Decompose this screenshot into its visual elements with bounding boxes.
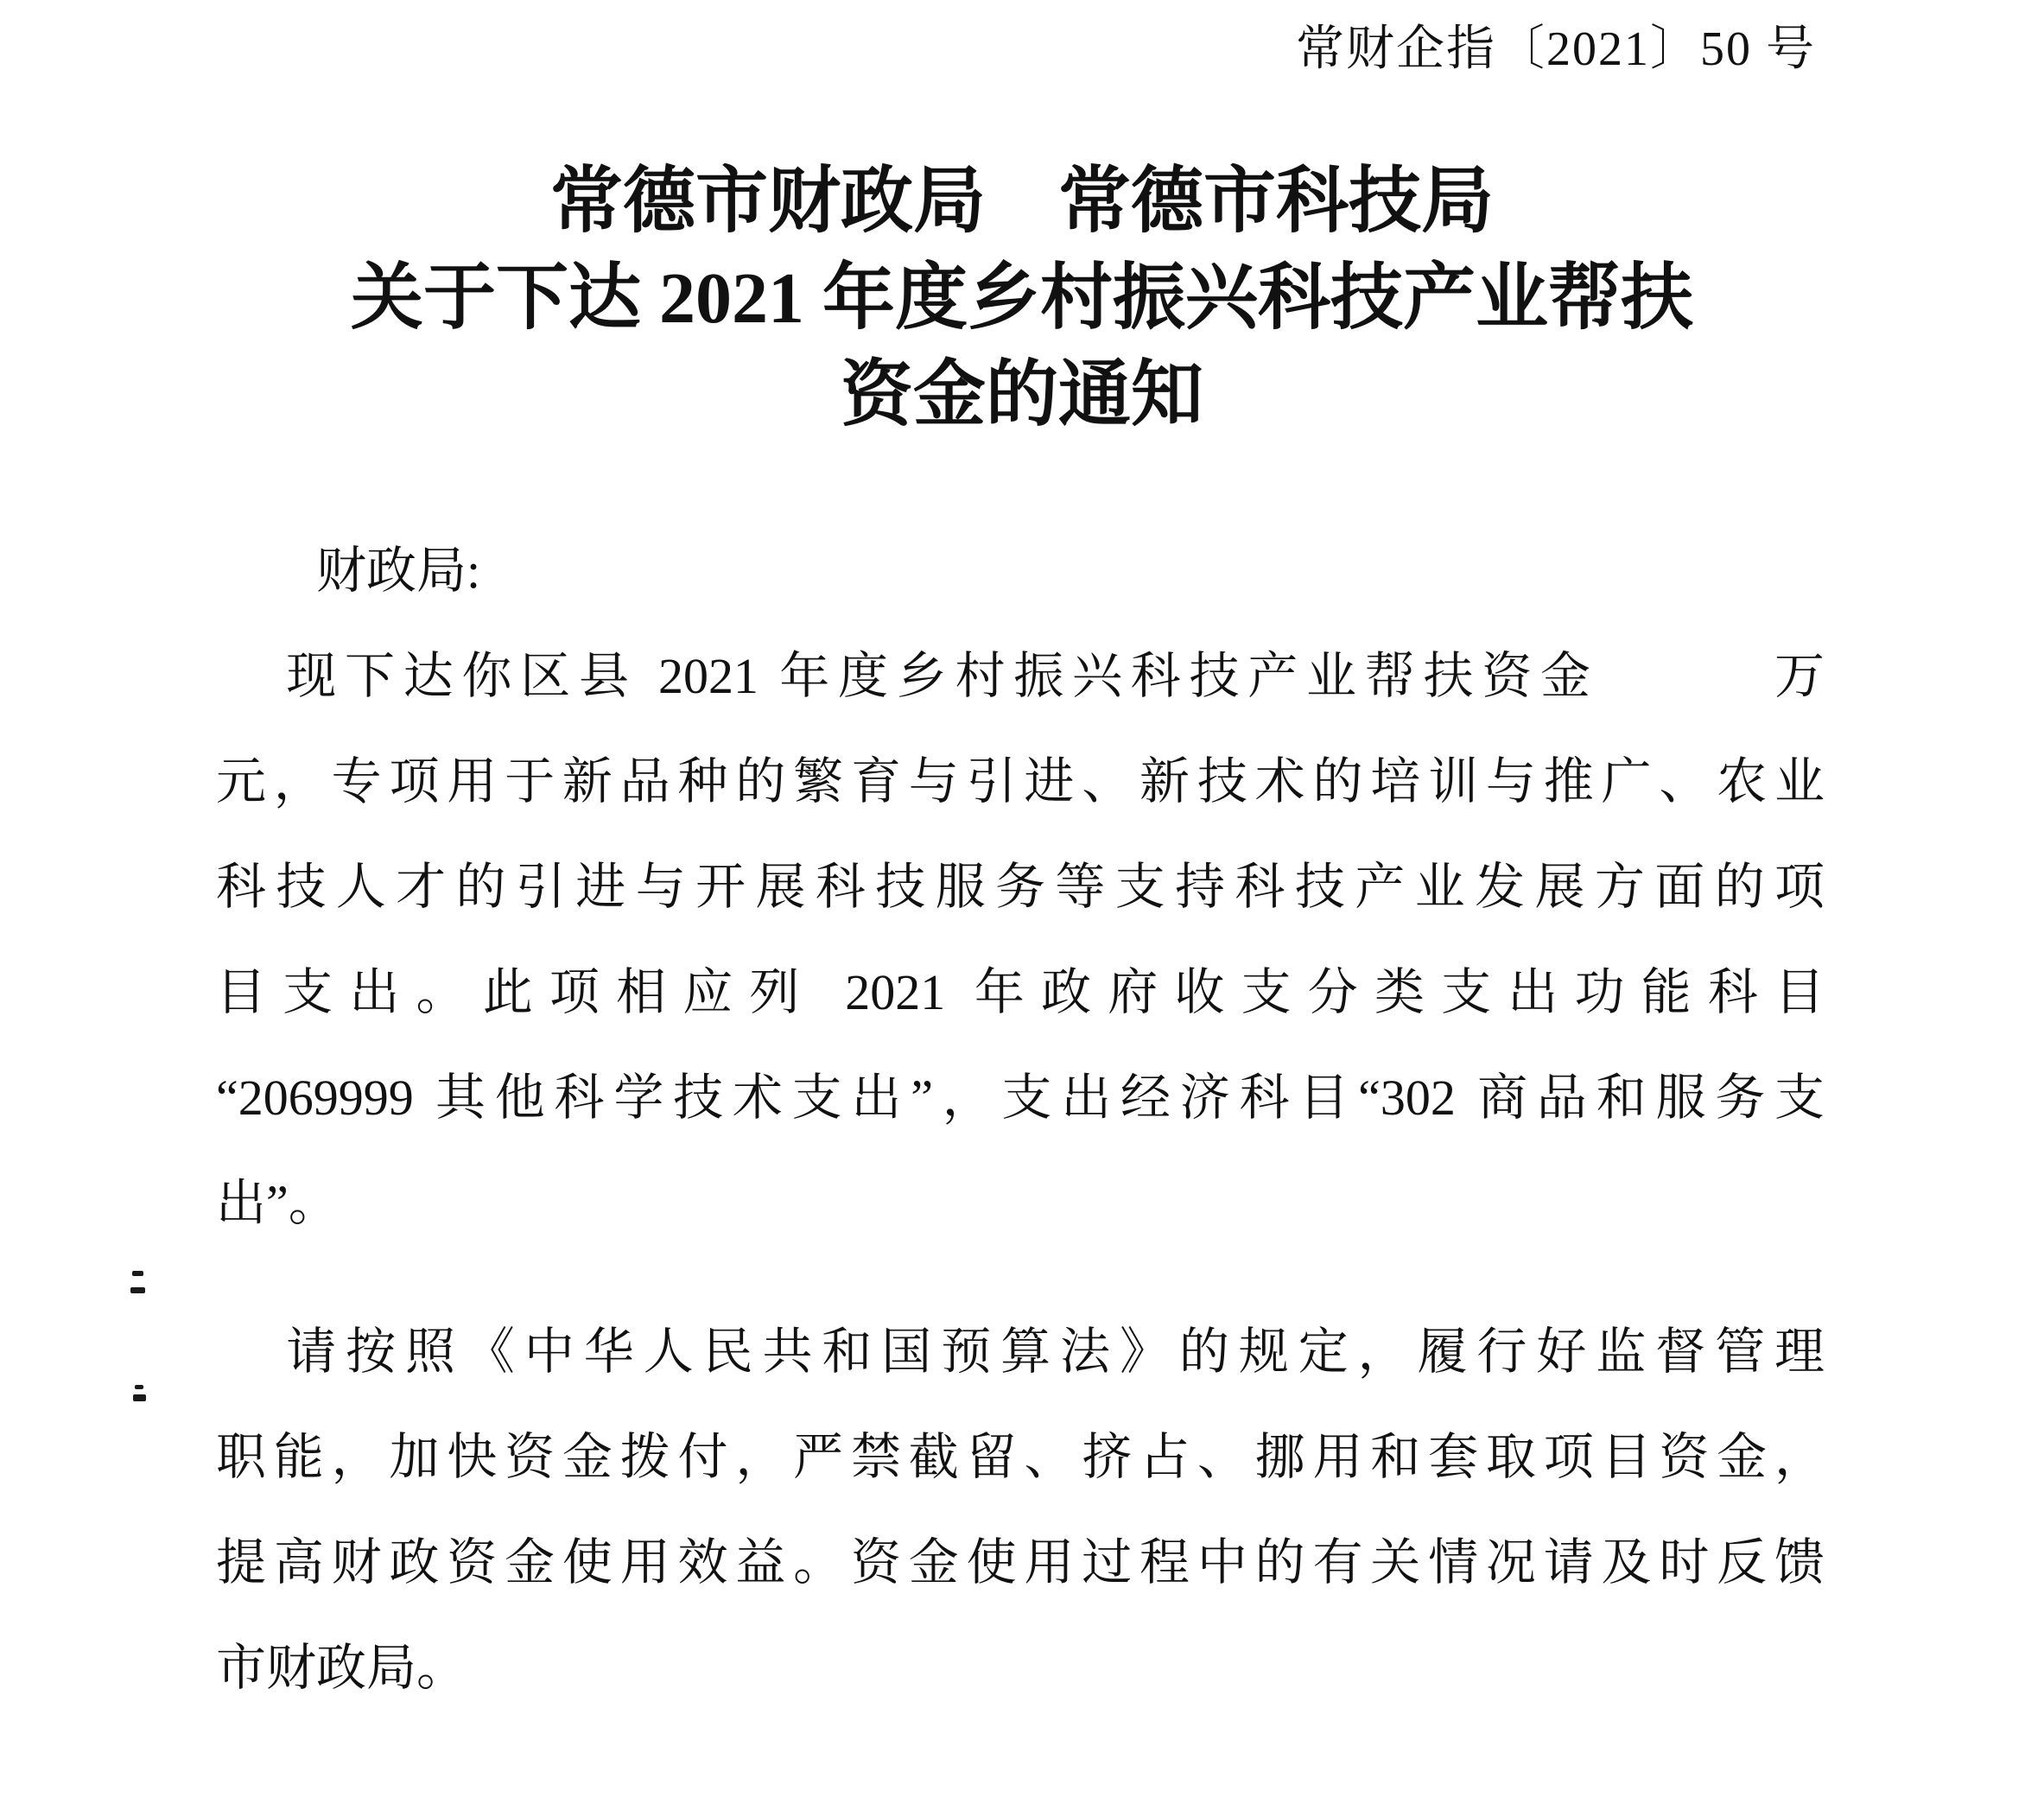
document-page: 常财企指〔2021〕50 号 常德市财政局 常德市科技局 关于下达 2021 年… xyxy=(0,0,2044,1797)
body-line: 市财政局。 xyxy=(216,1616,1825,1721)
body-line: 出”。 xyxy=(216,1151,1825,1256)
body-line: 现下达你区县 2021 年度乡村振兴科技产业帮扶资金 万 xyxy=(216,624,1825,729)
title-line-issuers: 常德市财政局 常德市科技局 xyxy=(0,154,2044,251)
scan-artifact xyxy=(133,1394,146,1401)
title-line-subject: 关于下达 2021 年度乡村振兴科技产业帮扶 xyxy=(0,251,2044,347)
paragraph-1: 现下达你区县 2021 年度乡村振兴科技产业帮扶资金 万 元，专项用于新品种的繁… xyxy=(216,624,1825,1256)
document-body: 财政局: 现下达你区县 2021 年度乡村振兴科技产业帮扶资金 万 元，专项用于… xyxy=(216,518,1825,1721)
body-line: 提高财政资金使用效益。资金使用过程中的有关情况请及时反馈 xyxy=(216,1510,1825,1616)
document-number: 常财企指〔2021〕50 号 xyxy=(1296,10,1816,79)
body-line: 目支出。此项相应列 2021 年政府收支分类支出功能科目 xyxy=(216,940,1825,1045)
scan-artifact xyxy=(135,1385,143,1389)
paragraph-2: 请按照《中华人民共和国预算法》的规定，履行好监督管理 职能，加快资金拨付，严禁截… xyxy=(216,1299,1825,1721)
body-line: 科技人才的引进与开展科技服务等支持科技产业发展方面的项 xyxy=(216,835,1825,940)
body-line: 元，专项用于新品种的繁育与引进、新技术的培训与推广、农业 xyxy=(216,729,1825,835)
body-line: “2069999 其他科学技术支出”，支出经济科目“302 商品和服务支 xyxy=(216,1045,1825,1151)
body-line: 请按照《中华人民共和国预算法》的规定，履行好监督管理 xyxy=(216,1299,1825,1405)
title-line-notice: 资金的通知 xyxy=(0,347,2044,444)
body-line: 职能，加快资金拨付，严禁截留、挤占、挪用和套取项目资金， xyxy=(216,1405,1825,1510)
scan-artifact xyxy=(130,1287,145,1293)
salutation: 财政局: xyxy=(216,518,1825,624)
scan-artifact xyxy=(132,1271,143,1276)
document-title: 常德市财政局 常德市科技局 关于下达 2021 年度乡村振兴科技产业帮扶 资金的… xyxy=(0,154,2044,444)
